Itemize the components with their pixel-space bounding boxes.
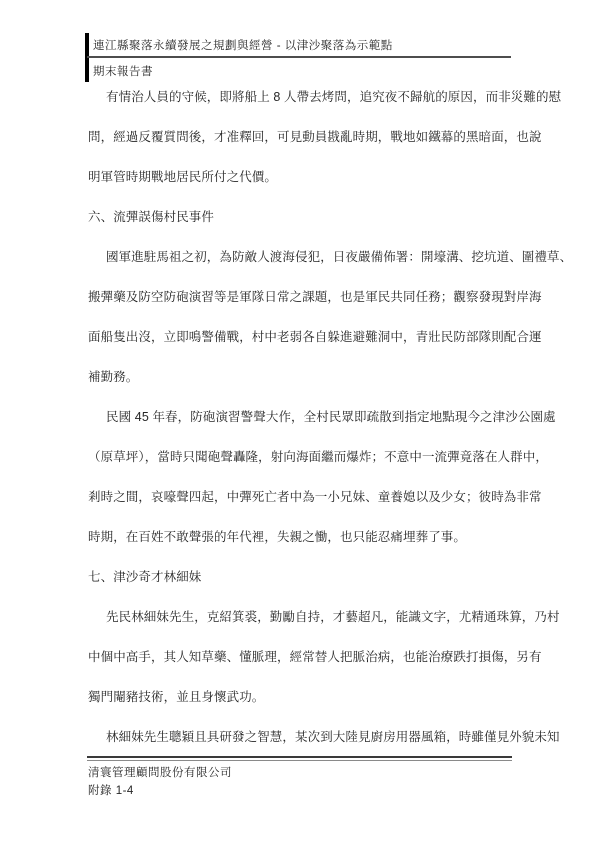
body-line: 明軍管時期戰地居民所付之代價。 xyxy=(88,157,518,197)
header-rule xyxy=(87,56,511,58)
body-line: 問，經過反覆質問後，才准釋回，可見動員戡亂時期，戰地如鐵幕的黑暗面，也說 xyxy=(88,117,518,157)
document-page: 連江縣聚落永續發展之規劃與經營 - 以津沙聚落為示範點 期末報告書 有情治人員的… xyxy=(0,0,600,848)
document-body: 有情治人員的守候，即將船上 8 人帶去烤問，追究夜不歸航的原因，而非災難的慰問，… xyxy=(88,77,518,757)
footer-page-label: 附錄 1-4 xyxy=(88,782,134,798)
section-heading: 七、津沙奇才林細妹 xyxy=(88,557,518,597)
body-line: 剎時之間，哀嚎聲四起，中彈死亡者中為一小兄妹、童養媳以及少女；彼時為非常 xyxy=(88,477,518,517)
body-line: 時期，在百姓不敢聲張的年代裡，失親之慟，也只能忍痛埋葬了事。 xyxy=(88,517,518,557)
footer-rule xyxy=(87,756,512,761)
body-line: 獨門閹豬技術，並且身懷武功。 xyxy=(88,677,518,717)
body-line: （原草坪），當時只聞砲聲轟隆，射向海面繼而爆炸；不意中一流彈竟落在人群中， xyxy=(88,437,518,477)
section-heading: 六、流彈誤傷村民事件 xyxy=(88,197,518,237)
body-line: 面船隻出沒，立即鳴警備戰，村中老弱各自躲進避難洞中，青壯民防部隊則配合運 xyxy=(88,317,518,357)
body-line: 中個中高手，其人知草藥、懂脈理，經常替人把脈治病，也能治療跌打損傷，另有 xyxy=(88,637,518,677)
body-line: 先民林細妹先生，克紹箕裘，勤勵自持，才藝超凡，能識文字，尤精通珠算，乃村 xyxy=(88,597,518,637)
footer-company-name: 清寰管理顧問股份有限公司 xyxy=(88,764,232,780)
body-line: 補勤務。 xyxy=(88,357,518,397)
body-line: 民國 45 年春，防砲演習警聲大作，全村民眾即疏散到指定地點現今之津沙公園處 xyxy=(88,397,518,437)
document-header-title: 連江縣聚落永續發展之規劃與經營 - 以津沙聚落為示範點 xyxy=(93,37,393,53)
body-line: 搬彈藥及防空防砲演習等是軍隊日常之課題，也是軍民共同任務；觀察發現對岸海 xyxy=(88,277,518,317)
body-line: 國軍進駐馬祖之初，為防敵人渡海侵犯，日夜嚴備佈署：開壕溝、挖坑道、圍禮草、 xyxy=(88,237,518,277)
body-line: 林細妹先生聰穎且具研發之智慧，某次到大陸見廚房用器風箱，時雖僅見外貌未知 xyxy=(88,717,518,757)
body-line: 有情治人員的守候，即將船上 8 人帶去烤問，追究夜不歸航的原因，而非災難的慰 xyxy=(88,77,518,117)
